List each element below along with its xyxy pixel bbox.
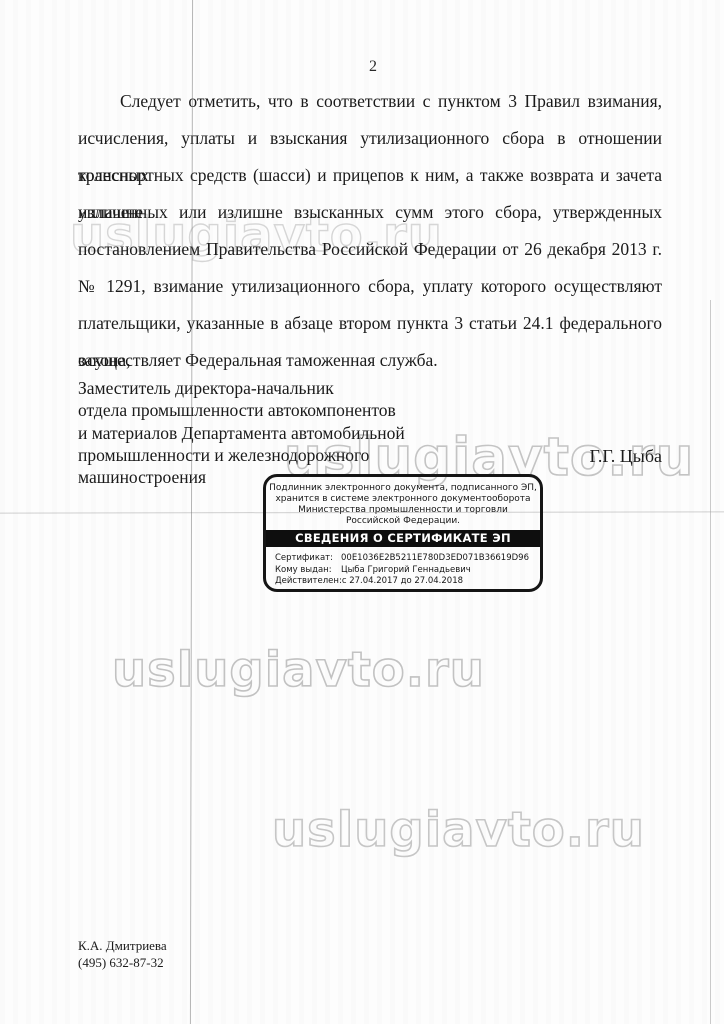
certificate-row: Сертификат:00E1036E2B5211E780D3ED071B366…	[275, 553, 532, 565]
stamp-title-bar: СВЕДЕНИЯ О СЕРТИФИКАТЕ ЭП	[266, 530, 540, 547]
scanned-document-page: uslugiavto.ru uslugiavto.ru uslugiavto.r…	[0, 0, 724, 1024]
certificate-value: 00E1036E2B5211E780D3ED071B36619D96	[341, 553, 529, 563]
executor-name: К.А. Дмитриева	[78, 937, 167, 954]
issued-to-label: Кому выдан:	[275, 565, 341, 577]
validity-row: Действителен:с 27.04.2017 до 27.04.2018	[275, 576, 532, 588]
watermark-uslugiavto: uslugiavto.ru	[272, 802, 645, 858]
footer-contact-block: К.А. Дмитриева (495) 632-87-32	[78, 937, 167, 971]
paragraph-line: транспортных средств (шасси) и прицепов …	[78, 157, 662, 194]
signatory-title-block: Заместитель директора-начальник отдела п…	[78, 377, 408, 488]
stamp-header-line: Российской Федерации.	[266, 516, 540, 527]
executor-phone: (495) 632-87-32	[78, 954, 167, 971]
electronic-signature-stamp: Подлинник электронного документа, подпис…	[263, 474, 543, 592]
paragraph-line: исчисления, уплаты и взыскания утилизаци…	[78, 120, 662, 157]
scan-edge-line	[710, 300, 711, 1024]
signatory-title-line: Заместитель директора-начальник	[78, 377, 408, 399]
signatory-title-line: промышленности и железнодорожного	[78, 444, 408, 466]
validity-label: Действителен:	[275, 576, 342, 588]
paragraph-line: осуществляет Федеральная таможенная служ…	[78, 342, 662, 379]
stamp-header: Подлинник электронного документа, подпис…	[266, 477, 540, 527]
stamp-header-line: хранится в системе электронного документ…	[266, 494, 540, 505]
issued-to-value: Цыба Григорий Геннадьевич	[341, 565, 471, 575]
stamp-header-line: Подлинник электронного документа, подпис…	[266, 483, 540, 494]
paragraph-line: уплаченных или излишне взысканных сумм э…	[78, 194, 662, 231]
signatory-title-line: и материалов Департамента автомобильной	[78, 422, 408, 444]
signatory-title-line: отдела промышленности автокомпонентов	[78, 399, 408, 421]
issued-to-row: Кому выдан:Цыба Григорий Геннадьевич	[275, 565, 532, 577]
stamp-header-line: Министерства промышленности и торговли	[266, 505, 540, 516]
certificate-label: Сертификат:	[275, 553, 341, 565]
stamp-certificate-fields: Сертификат:00E1036E2B5211E780D3ED071B366…	[266, 547, 540, 588]
main-paragraph: Следует отметить, что в соответствии с п…	[78, 83, 662, 379]
signatory-name: Г.Г. Цыба	[590, 446, 663, 467]
paragraph-line: постановлением Правительства Российской …	[78, 231, 662, 268]
paragraph-line: плательщики, указанные в абзаце втором п…	[78, 305, 662, 342]
paragraph-line: № 1291, взимание утилизационного сбора, …	[78, 268, 662, 305]
paragraph-line: Следует отметить, что в соответствии с п…	[78, 83, 662, 120]
page-number: 2	[0, 58, 724, 76]
watermark-uslugiavto: uslugiavto.ru	[112, 642, 485, 698]
validity-value: с 27.04.2017 до 27.04.2018	[342, 576, 463, 586]
